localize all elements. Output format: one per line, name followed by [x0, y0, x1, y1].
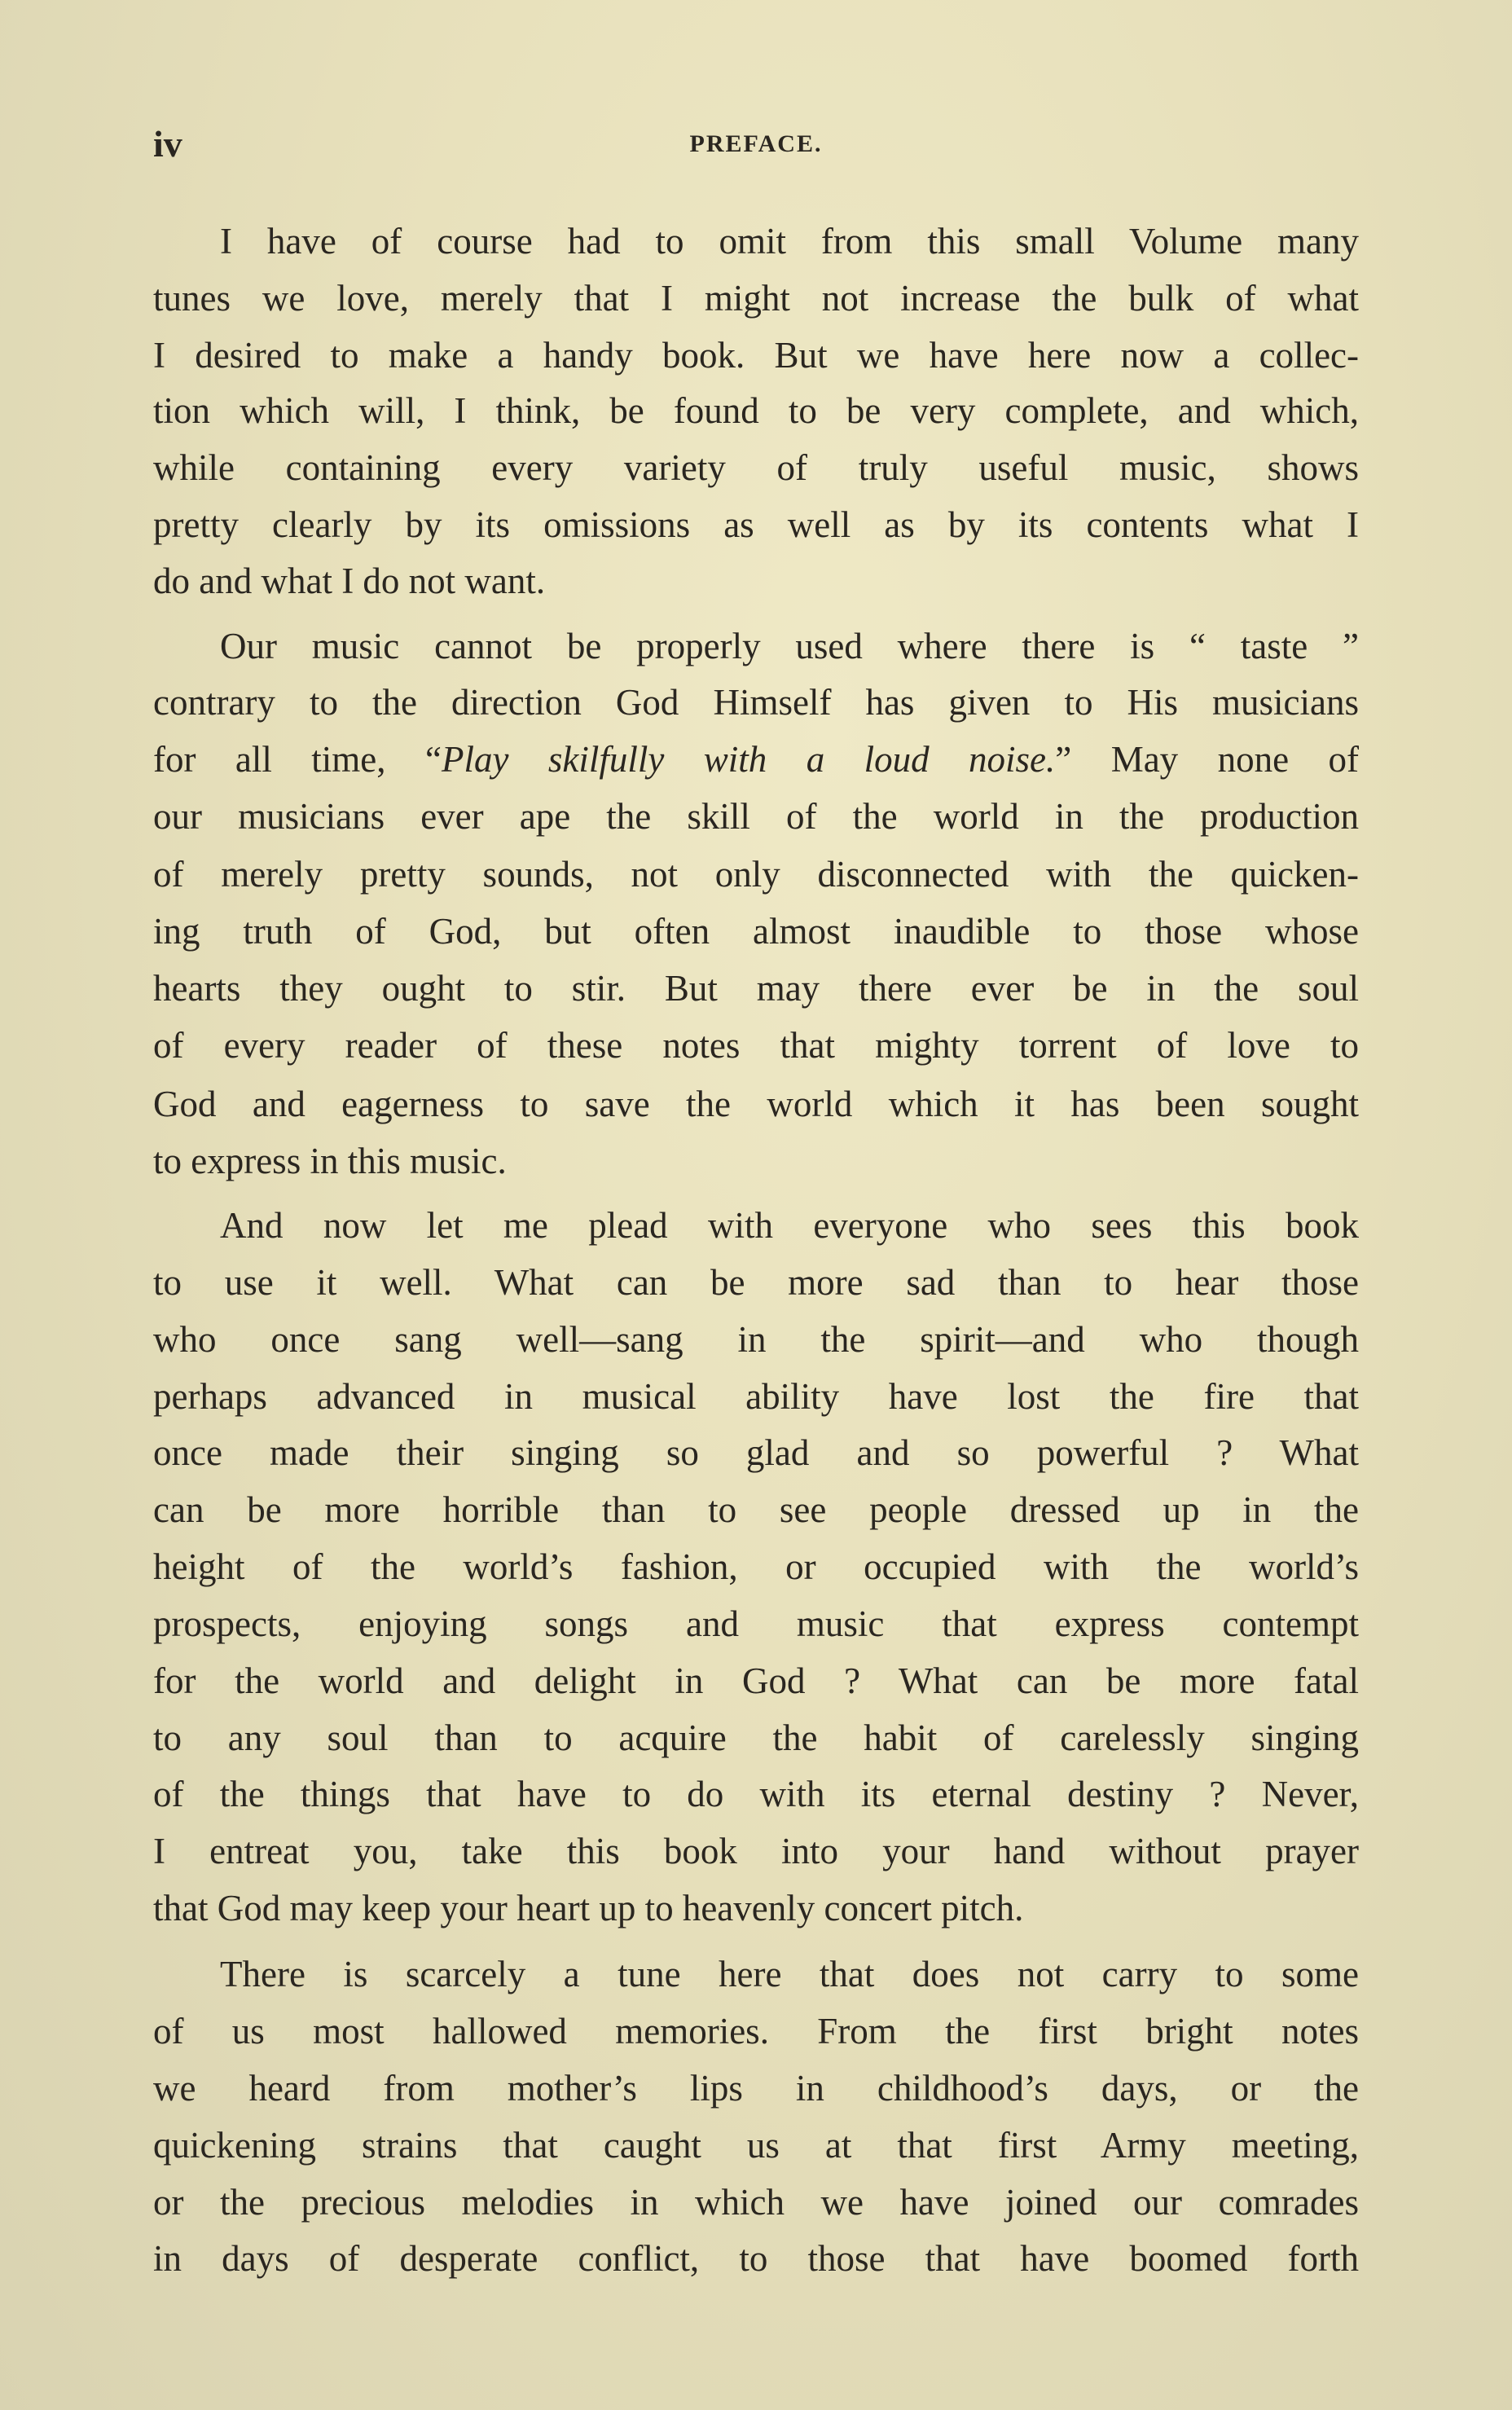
text-line: quickening strains that caught us at tha…	[153, 2121, 1359, 2170]
text-line: I desired to make a handy book. But we h…	[153, 331, 1359, 380]
page-header: iv PREFACE.	[153, 122, 1359, 171]
text-line: who once sang well—sang in the spirit—an…	[153, 1315, 1359, 1364]
text-line: hearts they ought to stir. But may there…	[153, 964, 1359, 1013]
quote-close: ” May none of	[1055, 739, 1359, 780]
text-line: perhaps advanced in musical ability have…	[153, 1372, 1359, 1421]
text-line: for all time, “Play skilfully with a lou…	[153, 735, 1359, 784]
text-line: to express in this music.	[153, 1137, 1359, 1185]
text-line: of the things that have to do with its e…	[153, 1770, 1359, 1818]
text-line: we heard from mother’s lips in childhood…	[153, 2064, 1359, 2113]
text-line: once made their singing so glad and so p…	[153, 1428, 1359, 1477]
text-line: that God may keep your heart up to heave…	[153, 1884, 1359, 1933]
text-line: tunes we love, merely that I might not i…	[153, 274, 1359, 323]
text-line: while containing every variety of truly …	[153, 443, 1359, 492]
text-line: our musicians ever ape the skill of the …	[153, 792, 1359, 841]
text-line: or the precious melodies in which we hav…	[153, 2178, 1359, 2227]
text-line: pretty clearly by its omissions as well …	[153, 500, 1359, 549]
text-line: ing truth of God, but often almost inaud…	[153, 907, 1359, 956]
text-line: of every reader of these notes that migh…	[153, 1021, 1359, 1070]
text-line: There is scarcely a tune here that does …	[153, 1950, 1359, 1999]
text-line: And now let me plead with everyone who s…	[153, 1201, 1359, 1250]
text-line: I have of course had to omit from this s…	[153, 217, 1359, 266]
text-line: prospects, enjoying songs and music that…	[153, 1599, 1359, 1648]
text-line: I entreat you, take this book into your …	[153, 1827, 1359, 1876]
text-line: do and what I do not want.	[153, 556, 1359, 605]
running-head: PREFACE.	[153, 130, 1359, 158]
text-line: of merely pretty sounds, not only discon…	[153, 850, 1359, 899]
text-line: in days of desperate conflict, to those …	[153, 2234, 1359, 2283]
text-line: tion which will, I think, be found to be…	[153, 386, 1359, 435]
text-line: can be more horrible than to see people …	[153, 1485, 1359, 1534]
quote-open: “	[386, 739, 442, 780]
text-line: God and eagerness to save the world whic…	[153, 1080, 1359, 1128]
text-line: to any soul than to acquire the habit of…	[153, 1713, 1359, 1762]
text-line: to use it well. What can be more sad tha…	[153, 1258, 1359, 1307]
scripture-quote: Play skilfully with a loud noise.	[442, 739, 1055, 780]
text-line: Our music cannot be properly used where …	[153, 622, 1359, 671]
text-line: for the world and delight in God ? What …	[153, 1656, 1359, 1705]
text-line: contrary to the direction God Himself ha…	[153, 678, 1359, 727]
text-line: of us most hallowed memories. From the f…	[153, 2007, 1359, 2056]
text-line: height of the world’s fashion, or occupi…	[153, 1542, 1359, 1591]
text-run: for all time,	[153, 739, 386, 780]
